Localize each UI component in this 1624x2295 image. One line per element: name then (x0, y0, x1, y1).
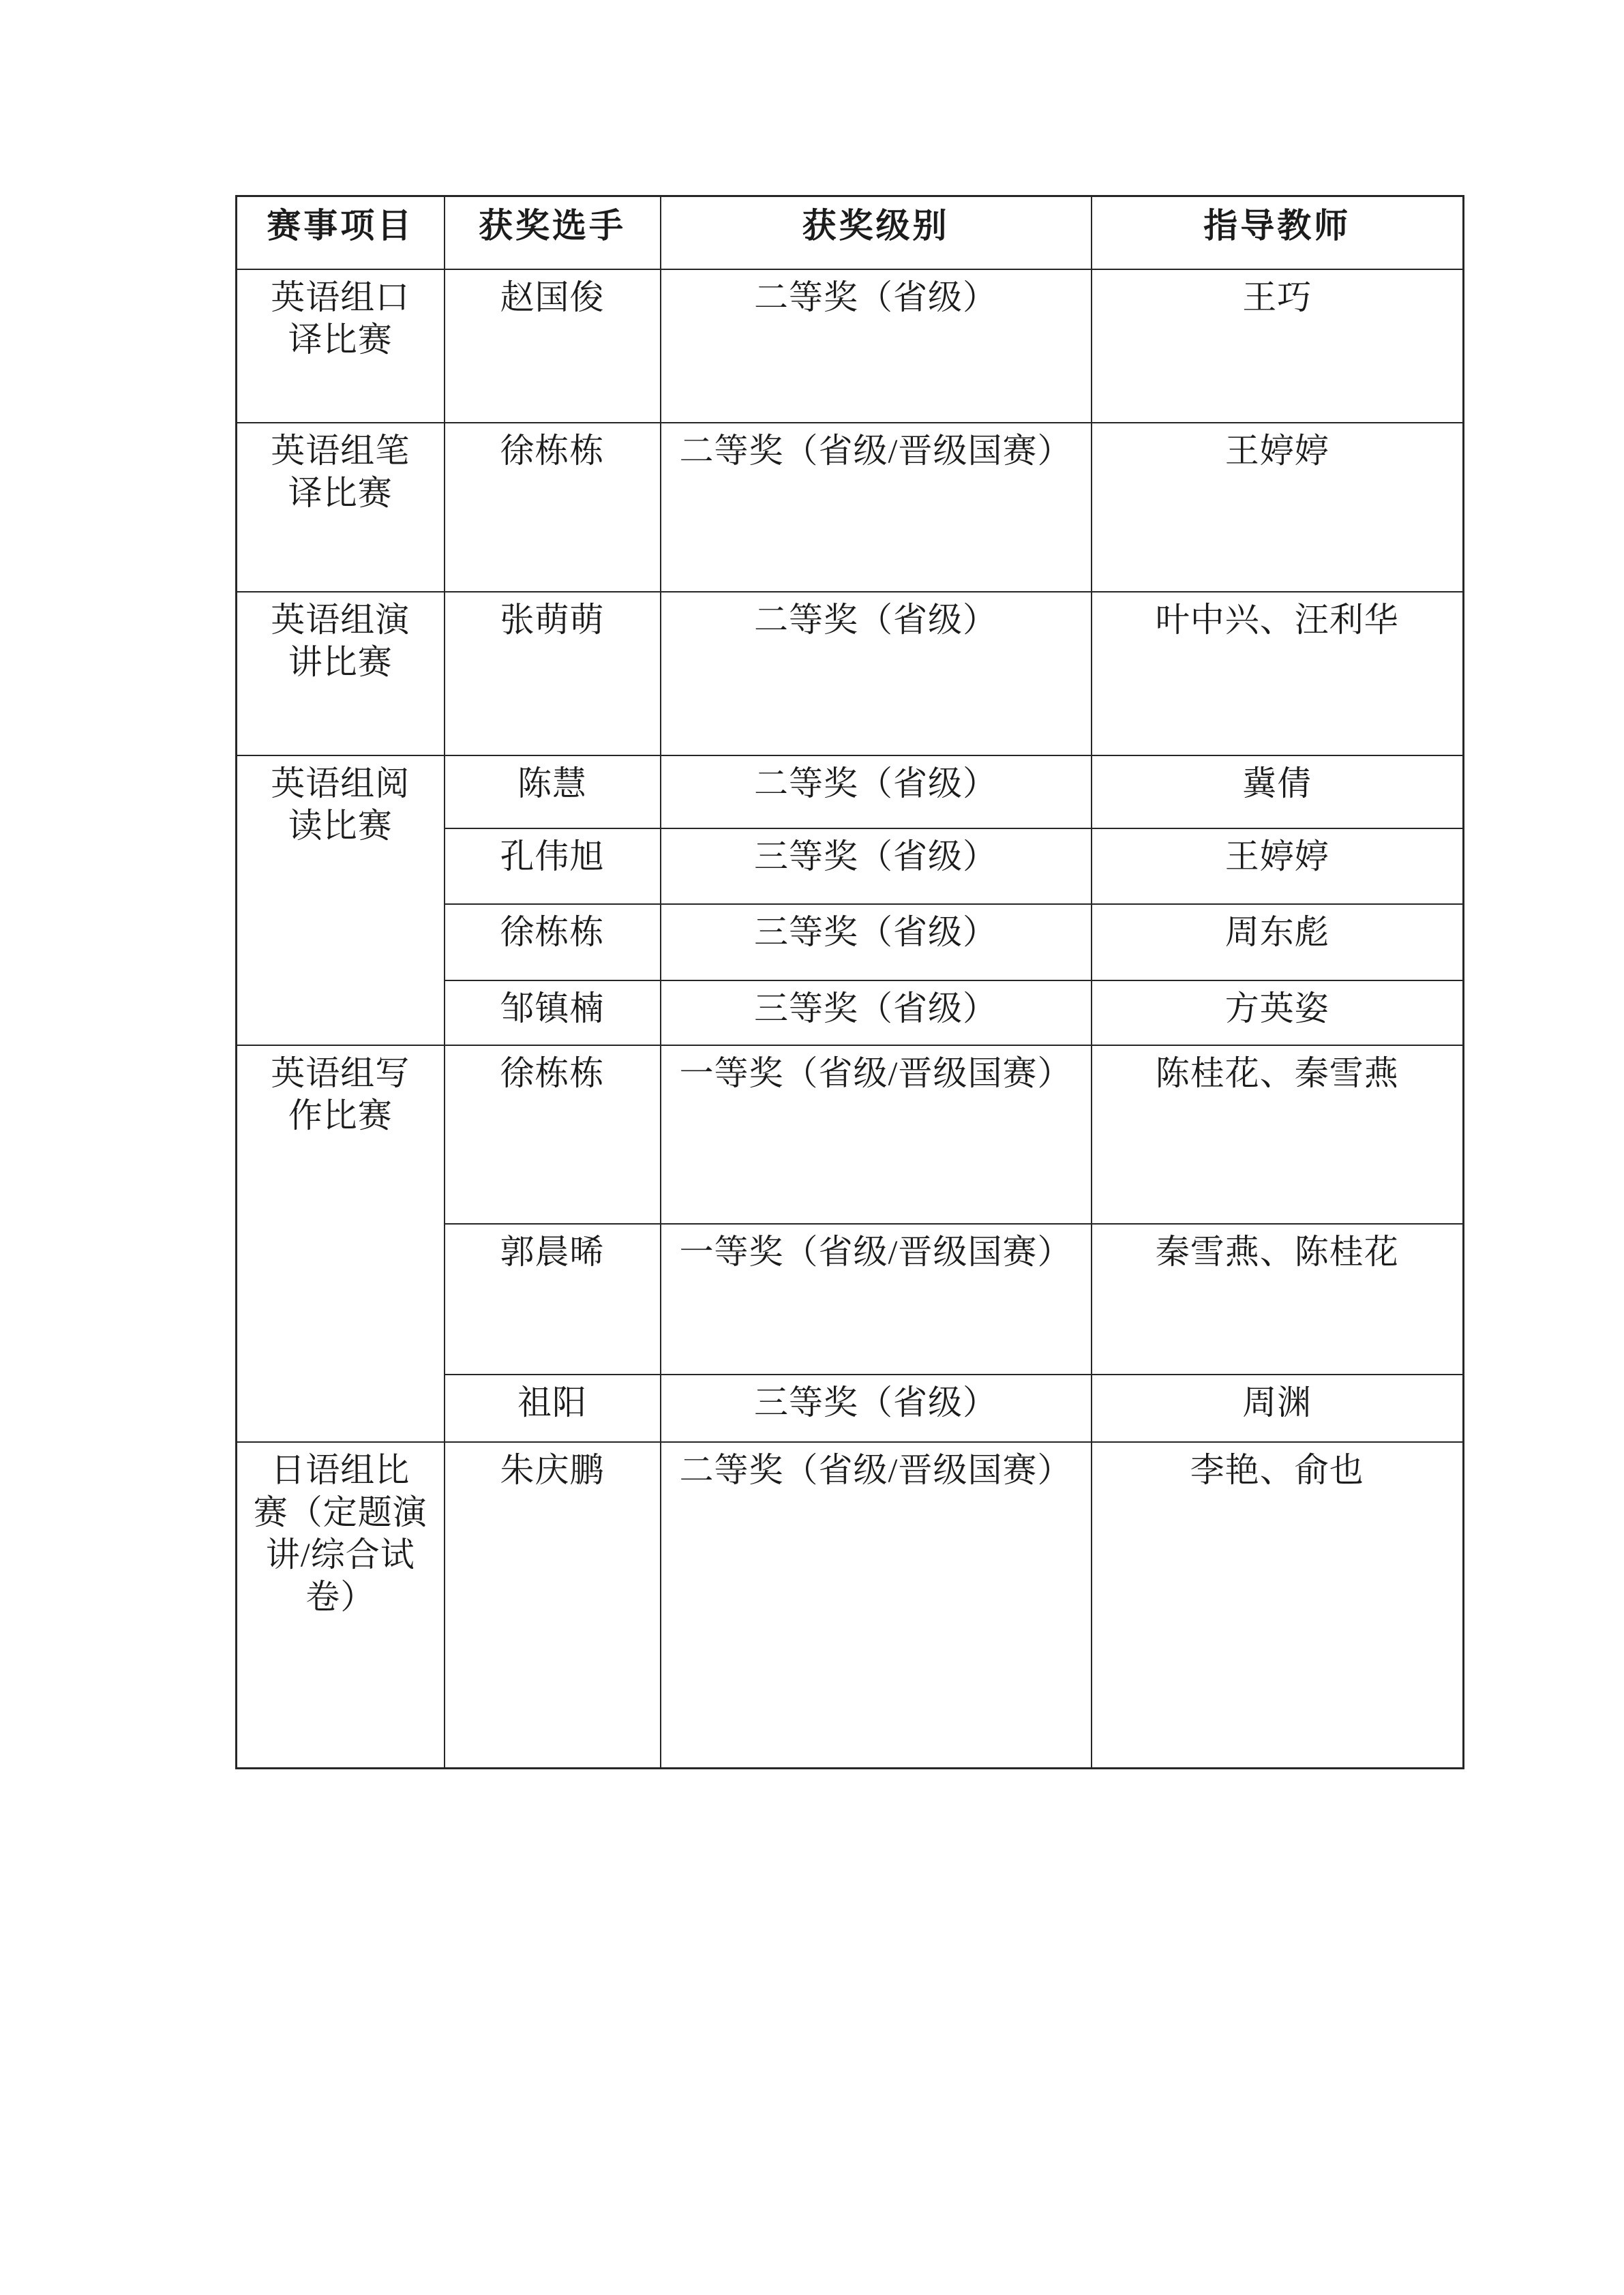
teacher-cell: 周东彪 (1092, 904, 1464, 980)
teacher-cell: 王婷婷 (1092, 828, 1464, 904)
table-row: 英语组阅 读比赛 陈慧 二等奖（省级） 冀倩 (237, 755, 1464, 828)
player-cell: 徐栋栋 (445, 904, 661, 980)
teacher-cell: 李艳、俞也 (1092, 1442, 1464, 1769)
header-cell-teacher: 指导教师 (1092, 196, 1464, 269)
teacher-cell: 陈桂花、秦雪燕 (1092, 1045, 1464, 1224)
award-cell: 一等奖（省级/晋级国赛） (661, 1224, 1092, 1375)
table-row: 日语组比 赛（定题演 讲/综合试 卷） 朱庆鹏 二等奖（省级/晋级国赛） 李艳、… (237, 1442, 1464, 1769)
teacher-cell: 王巧 (1092, 269, 1464, 423)
award-cell: 三等奖（省级） (661, 980, 1092, 1045)
event-cell: 英语组演 讲比赛 (237, 592, 445, 755)
player-cell: 陈慧 (445, 755, 661, 828)
player-cell: 徐栋栋 (445, 1045, 661, 1224)
player-cell: 邹镇楠 (445, 980, 661, 1045)
player-cell: 赵国俊 (445, 269, 661, 423)
teacher-cell: 冀倩 (1092, 755, 1464, 828)
table-row: 英语组口 译比赛 赵国俊 二等奖（省级） 王巧 (237, 269, 1464, 423)
player-cell: 孔伟旭 (445, 828, 661, 904)
event-cell: 英语组口 译比赛 (237, 269, 445, 423)
table-row: 英语组写 作比赛 徐栋栋 一等奖（省级/晋级国赛） 陈桂花、秦雪燕 (237, 1045, 1464, 1224)
player-cell: 祖阳 (445, 1375, 661, 1442)
award-cell: 三等奖（省级） (661, 1375, 1092, 1442)
player-cell: 徐栋栋 (445, 423, 661, 592)
document-page: { "page": { "background": "#ffffff", "te… (0, 0, 1624, 2295)
award-cell: 三等奖（省级） (661, 828, 1092, 904)
award-cell: 二等奖（省级） (661, 755, 1092, 828)
award-cell: 三等奖（省级） (661, 904, 1092, 980)
teacher-cell: 王婷婷 (1092, 423, 1464, 592)
award-cell: 二等奖（省级/晋级国赛） (661, 1442, 1092, 1769)
event-cell: 英语组笔 译比赛 (237, 423, 445, 592)
teacher-cell: 周渊 (1092, 1375, 1464, 1442)
award-cell: 二等奖（省级） (661, 269, 1092, 423)
header-cell-player: 获奖选手 (445, 196, 661, 269)
player-cell: 郭晨晞 (445, 1224, 661, 1375)
teacher-cell: 方英姿 (1092, 980, 1464, 1045)
table-header-row: 赛事项目 获奖选手 获奖级别 指导教师 (237, 196, 1464, 269)
event-cell: 日语组比 赛（定题演 讲/综合试 卷） (237, 1442, 445, 1769)
teacher-cell: 秦雪燕、陈桂花 (1092, 1224, 1464, 1375)
table-row: 英语组笔 译比赛 徐栋栋 二等奖（省级/晋级国赛） 王婷婷 (237, 423, 1464, 592)
header-cell-event: 赛事项目 (237, 196, 445, 269)
event-cell: 英语组阅 读比赛 (237, 755, 445, 1045)
event-cell: 英语组写 作比赛 (237, 1045, 445, 1442)
header-cell-award: 获奖级别 (661, 196, 1092, 269)
table-row: 英语组演 讲比赛 张萌萌 二等奖（省级） 叶中兴、汪利华 (237, 592, 1464, 755)
player-cell: 朱庆鹏 (445, 1442, 661, 1769)
player-cell: 张萌萌 (445, 592, 661, 755)
teacher-cell: 叶中兴、汪利华 (1092, 592, 1464, 755)
award-results-table: 赛事项目 获奖选手 获奖级别 指导教师 英语组口 译比赛 赵国俊 二等奖（省级）… (235, 195, 1464, 1769)
award-cell: 一等奖（省级/晋级国赛） (661, 1045, 1092, 1224)
award-cell: 二等奖（省级/晋级国赛） (661, 423, 1092, 592)
award-cell: 二等奖（省级） (661, 592, 1092, 755)
